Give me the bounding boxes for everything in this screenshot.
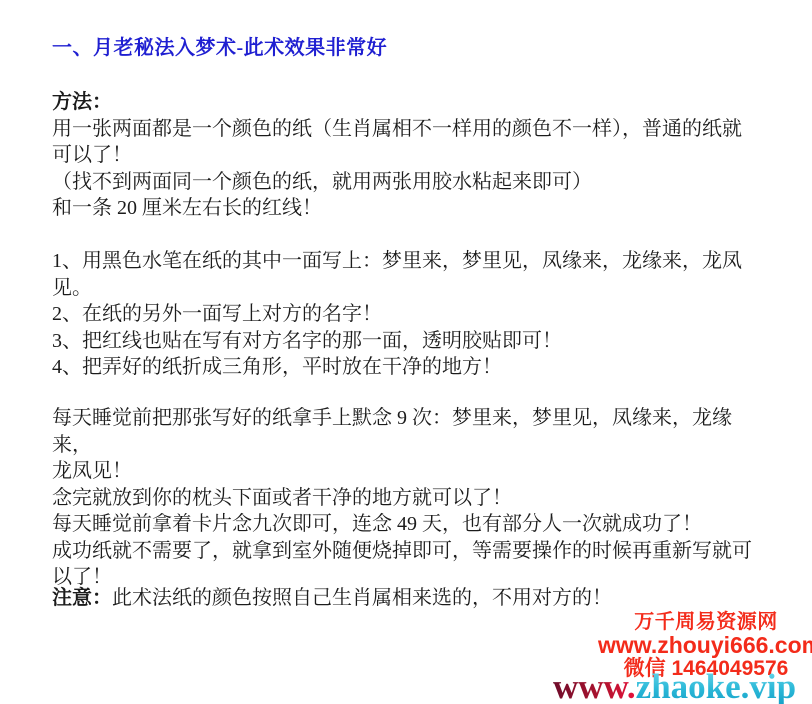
- watermark-overlay-domain: zhaoke.vip: [636, 667, 796, 704]
- page-title: 一、月老秘法入梦术-此术效果非常好: [52, 31, 387, 60]
- method-section: 方法： 用一张两面都是一个颜色的纸（生肖属相不一样用的颜色不一样），普通的纸就 …: [52, 89, 766, 222]
- note-section: 注意：此术法纸的颜色按照自己生肖属相来选的，不用对方的！: [52, 585, 766, 612]
- watermark-overlay: www.zhaoke.vip: [553, 667, 796, 704]
- steps-paragraph: 1、用黑色水笔在纸的其中一面写上：梦里来，梦里见，凤缘来，龙缘来，龙凤 见。 2…: [52, 248, 766, 381]
- note-label: 注意：: [52, 587, 112, 609]
- watermark-site-url: www.zhouyi666.com: [598, 634, 812, 657]
- method-label: 方法：: [52, 89, 766, 116]
- document-page: 一、月老秘法入梦术-此术效果非常好 方法： 用一张两面都是一个颜色的纸（生肖属相…: [0, 0, 812, 704]
- method-paragraph: 用一张两面都是一个颜色的纸（生肖属相不一样用的颜色不一样），普通的纸就 可以了！…: [52, 116, 766, 222]
- note-text: 此术法纸的颜色按照自己生肖属相来选的，不用对方的！: [112, 587, 612, 609]
- watermark-overlay-prefix: www.: [553, 667, 636, 704]
- watermark-site-name: 万千周易资源网: [598, 611, 812, 634]
- ritual-paragraph: 每天睡觉前把那张写好的纸拿手上默念 9 次：梦里来，梦里见，凤缘来，龙缘来， 龙…: [52, 405, 766, 591]
